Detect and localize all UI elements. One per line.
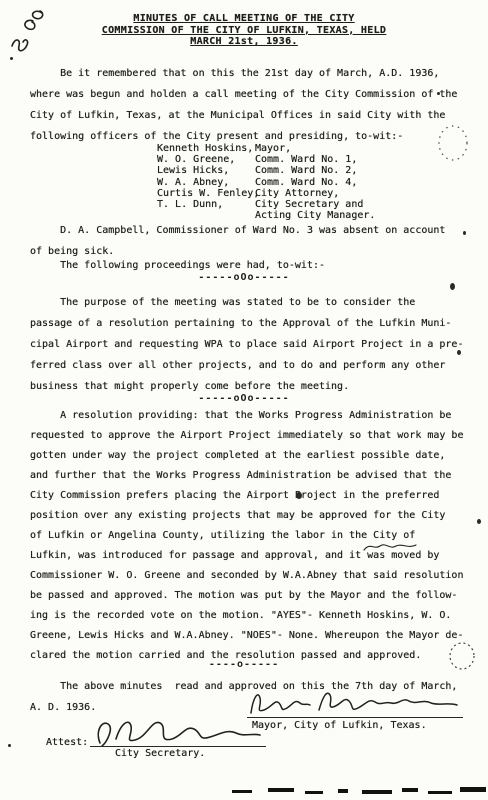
scan-speck xyxy=(296,492,302,499)
secretary-signature xyxy=(92,712,267,750)
text-line: position over any existing projects that… xyxy=(30,506,463,526)
mayor-signature-caption: Mayor, City of Lufkin, Texas. xyxy=(252,720,427,731)
text-line: be passed and approved. The motion was p… xyxy=(30,586,463,606)
text-line: cipal Airport and requesting WPA to plac… xyxy=(30,334,463,355)
section-separator: -----oOo----- xyxy=(0,272,488,283)
scan-edge-dash xyxy=(402,788,418,792)
section-separator: -----oOo----- xyxy=(0,393,488,404)
section-separator: ----o----- xyxy=(0,659,488,670)
text-line: City Commission prefers placing the Airp… xyxy=(30,486,463,506)
text-line: ing is the recorded vote on the motion. … xyxy=(30,606,463,626)
officer-title: Mayor, xyxy=(255,143,291,154)
document-title: MINUTES OF CALL MEETING OF THE CITYCOMMI… xyxy=(0,13,488,48)
scan-artifact-dotted-circle xyxy=(434,122,474,166)
purpose-paragraph: The purpose of the meeting was stated to… xyxy=(30,292,463,397)
scan-speck xyxy=(450,283,455,290)
officer-row: Kenneth Hoskins,Mayor, xyxy=(157,143,375,154)
scan-speck xyxy=(437,92,440,95)
text-line: ferred class over all other projects, an… xyxy=(30,355,463,376)
handwritten-interline-scribble xyxy=(362,540,418,554)
text-line: MARCH 21st, 1936. xyxy=(0,36,488,48)
scan-edge-dash xyxy=(338,789,348,793)
officer-title: Comm. Ward No. 1, xyxy=(255,154,357,165)
officer-row: T. L. Dunn,City Secretary and xyxy=(157,199,375,210)
officer-title: Comm. Ward No. 2, xyxy=(255,165,357,176)
officer-row: Lewis Hicks,Comm. Ward No. 2, xyxy=(157,165,375,176)
scan-edge-dash xyxy=(428,791,452,794)
text-line: COMMISSION OF THE CITY OF LUFKIN, TEXAS,… xyxy=(0,25,488,37)
text-line: Greene, Lewis Hicks and W.A.Abney. "NOES… xyxy=(30,626,463,646)
scan-edge-dash xyxy=(268,788,294,792)
officer-name: W. A. Abney, xyxy=(157,177,255,188)
text-line: Be it remembered that on this the 21st d… xyxy=(30,63,457,84)
officer-name: Kenneth Hoskins, xyxy=(157,143,255,154)
text-line: and further that the Works Progress Admi… xyxy=(30,466,463,486)
intro-paragraph: Be it remembered that on this the 21st d… xyxy=(30,63,457,147)
text-line: Commissioner W. O. Greene and seconded b… xyxy=(30,566,463,586)
text-line: MINUTES OF CALL MEETING OF THE CITY xyxy=(0,13,488,25)
text-line: The purpose of the meeting was stated to… xyxy=(30,292,463,313)
scan-edge-dash xyxy=(305,791,323,794)
officer-row: Curtis W. Fenley,City Attorney, xyxy=(157,188,375,199)
text-line: passage of a resolution pertaining to th… xyxy=(30,313,463,334)
text-line: City of Lufkin, Texas, at the Municipal … xyxy=(30,105,457,126)
mayor-signature xyxy=(245,686,470,718)
scan-edge-dash xyxy=(362,790,392,794)
officer-row: W. A. Abney,Comm. Ward No. 4, xyxy=(157,177,375,188)
officer-title: Comm. Ward No. 4, xyxy=(255,177,357,188)
officer-name: T. L. Dunn, xyxy=(157,199,255,210)
text-line: where was begun and holden a call meetin… xyxy=(30,84,457,105)
scan-speck xyxy=(457,350,461,355)
scan-speck xyxy=(477,519,481,524)
text-line: requested to approve the Airport Project… xyxy=(30,426,463,446)
scan-artifact-circle-scribble xyxy=(445,639,479,673)
secretary-caption: City Secretary. xyxy=(115,748,205,759)
officer-name: Curtis W. Fenley, xyxy=(157,188,255,199)
officer-name: W. O. Greene, xyxy=(157,154,255,165)
scan-edge-dash xyxy=(232,790,252,793)
text-line: D. A. Campbell, Commissioner of Ward No.… xyxy=(30,220,445,241)
scan-speck xyxy=(8,744,11,747)
scan-speck xyxy=(10,57,13,60)
officers-roster: Kenneth Hoskins,Mayor,W. O. Greene,Comm.… xyxy=(157,143,375,221)
text-line: A resolution providing: that the Works P… xyxy=(30,406,463,426)
attest-signature-line xyxy=(90,746,266,747)
resolution-paragraph: A resolution providing: that the Works P… xyxy=(30,406,463,666)
scan-edge-dash xyxy=(460,787,486,792)
text-line: gotten under way the project completed a… xyxy=(30,446,463,466)
scanned-minutes-page: MINUTES OF CALL MEETING OF THE CITYCOMMI… xyxy=(0,0,488,800)
mayor-signature-line xyxy=(247,717,463,718)
attest-label: Attest: xyxy=(46,737,88,748)
officer-title: City Secretary and xyxy=(255,199,363,210)
scan-speck xyxy=(463,231,466,235)
officer-name: Lewis Hicks, xyxy=(157,165,255,176)
officer-row: W. O. Greene,Comm. Ward No. 1, xyxy=(157,154,375,165)
officer-title: City Attorney, xyxy=(255,188,339,199)
